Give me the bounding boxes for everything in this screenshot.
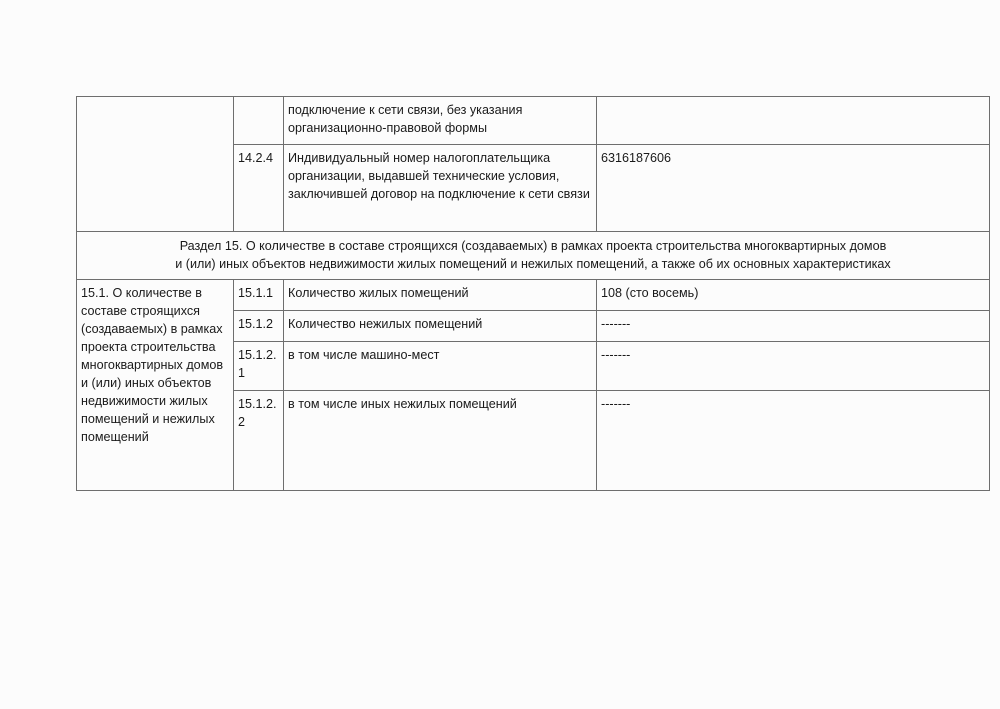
item-number: 15.1.2. 1: [234, 342, 284, 391]
item-number: 15.1.2: [234, 311, 284, 342]
item-description: Индивидуальный номер налогоплательщика о…: [284, 145, 597, 232]
item-description: в том числе машино-мест: [284, 342, 597, 391]
item-description: в том числе иных нежилых помещений: [284, 391, 597, 491]
item-number: [234, 97, 284, 145]
item-description: Количество нежилых помещений: [284, 311, 597, 342]
section-header-row: Раздел 15. О количестве в составе строящ…: [77, 232, 990, 280]
group-cell-15-1: 15.1. О количестве в составе строящихся …: [77, 280, 234, 491]
project-declaration-table: подключение к сети связи, без указания о…: [76, 96, 990, 491]
group-cell-section-14: [77, 97, 234, 232]
item-value: [597, 97, 990, 145]
document-page: подключение к сети связи, без указания о…: [0, 0, 1000, 709]
item-number: 14.2.4: [234, 145, 284, 232]
item-value: -------: [597, 311, 990, 342]
section-title-line-2: и (или) иных объектов недвижимости жилых…: [81, 255, 985, 273]
item-value: -------: [597, 391, 990, 491]
section-title-line-1: Раздел 15. О количестве в составе строящ…: [81, 237, 985, 255]
table-row: 15.1. О количестве в составе строящихся …: [77, 280, 990, 311]
item-description: подключение к сети связи, без указания о…: [284, 97, 597, 145]
item-value-inn: 6316187606: [597, 145, 990, 232]
section-15-title: Раздел 15. О количестве в составе строящ…: [77, 232, 990, 280]
item-value: 108 (сто восемь): [597, 280, 990, 311]
table-row: подключение к сети связи, без указания о…: [77, 97, 990, 145]
item-number: 15.1.2. 2: [234, 391, 284, 491]
item-description: Количество жилых помещений: [284, 280, 597, 311]
item-value: -------: [597, 342, 990, 391]
item-number: 15.1.1: [234, 280, 284, 311]
